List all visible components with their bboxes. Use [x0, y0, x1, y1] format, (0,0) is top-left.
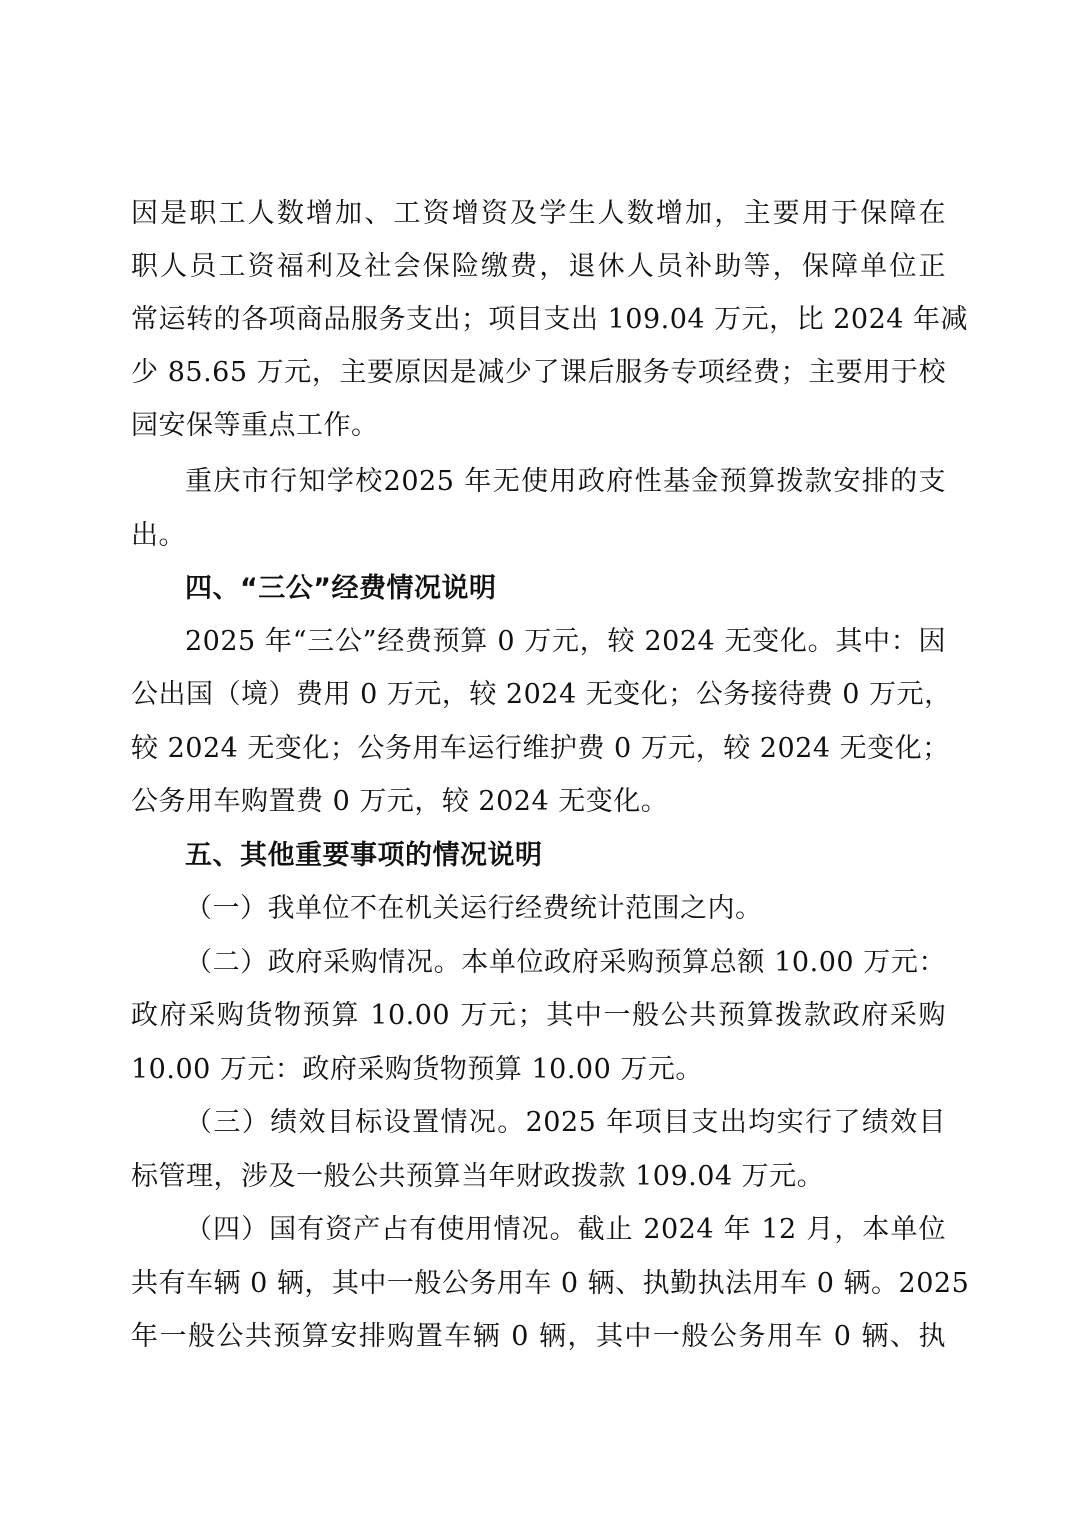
- paragraph-line: 重庆市行知学校2025 年无使用政府性基金预算拨款安排的支: [185, 464, 946, 500]
- paragraph-line: 常运转的各项商品服务支出；项目支出 109.04 万元，比 2024 年减: [131, 302, 946, 338]
- paragraph-line: 职人员工资福利及社会保险缴费，退休人员补助等，保障单位正: [131, 249, 946, 285]
- paragraph-line: （一）我单位不在机关运行经费统计范围之内。: [185, 891, 946, 927]
- paragraph-line: 公出国（境）费用 0 万元，较 2024 无变化；公务接待费 0 万元，: [131, 677, 946, 713]
- paragraph-line: 出。: [131, 518, 946, 554]
- paragraph-line: （四）国有资产占有使用情况。截止 2024 年 12 月，本单位: [185, 1212, 946, 1248]
- paragraph-line: 因是职工人数增加、工资增资及学生人数增加，主要用于保障在: [131, 196, 946, 232]
- paragraph-line: 少 85.65 万元，主要原因是减少了课后服务专项经费；主要用于校: [131, 355, 946, 391]
- paragraph-line: 园安保等重点工作。: [131, 408, 946, 444]
- paragraph-line: （三）绩效目标设置情况。2025 年项目支出均实行了绩效目: [185, 1105, 946, 1141]
- paragraph-line: 标管理，涉及一般公共预算当年财政拨款 109.04 万元。: [131, 1159, 946, 1195]
- paragraph-line: 10.00 万元：政府采购货物预算 10.00 万元。: [131, 1052, 946, 1088]
- section-heading-4: 四、“三公”经费情况说明: [185, 571, 946, 607]
- paragraph-line: 2025 年“三公”经费预算 0 万元，较 2024 无变化。其中：因: [185, 624, 946, 660]
- paragraph-line: 政府采购货物预算 10.00 万元；其中一般公共预算拨款政府采购: [131, 998, 946, 1034]
- paragraph-line: （二）政府采购情况。本单位政府采购预算总额 10.00 万元：: [185, 945, 946, 981]
- paragraph-line: 较 2024 无变化；公务用车运行维护费 0 万元，较 2024 无变化；: [131, 731, 946, 767]
- paragraph-line: 年一般公共预算安排购置车辆 0 辆，其中一般公务用车 0 辆、执: [131, 1319, 946, 1355]
- paragraph-line: 共有车辆 0 辆，其中一般公务用车 0 辆、执勤执法用车 0 辆。2025: [131, 1266, 946, 1302]
- document-page: 因是职工人数增加、工资增资及学生人数增加，主要用于保障在 职人员工资福利及社会保…: [0, 0, 1074, 1520]
- section-heading-5: 五、其他重要事项的情况说明: [185, 838, 946, 874]
- paragraph-line: 公务用车购置费 0 万元，较 2024 无变化。: [131, 784, 946, 820]
